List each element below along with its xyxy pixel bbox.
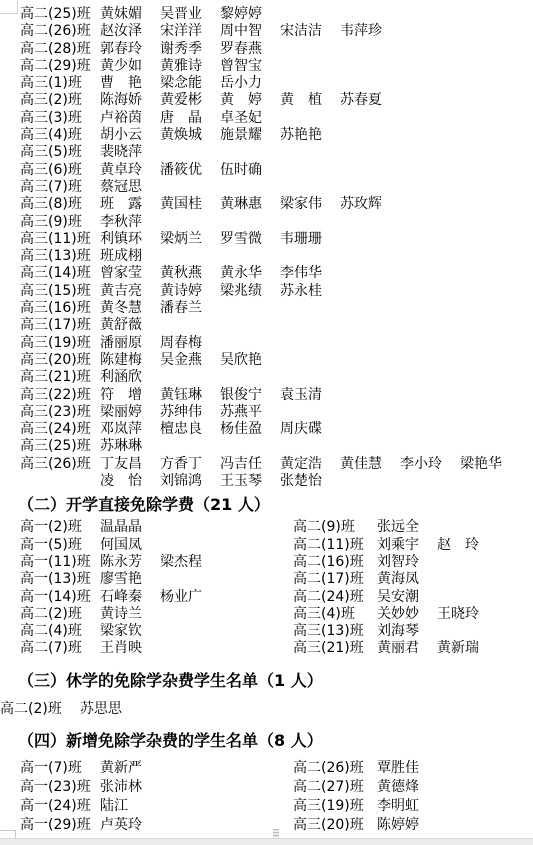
roster-list: 高二(25)班黄妹媚吴晋业黎婷婷高二(26)班赵汝泽宋洋洋周中智宋洁洁韦萍珍高二… xyxy=(0,0,533,490)
student-name: 杨业广 xyxy=(160,589,220,606)
student-names: 赵汝泽宋洋洋周中智宋洁洁韦萍珍 xyxy=(100,23,533,40)
document-edit-area[interactable]: 高二(25)班黄妹媚吴晋业黎婷婷高二(26)班赵汝泽宋洋洋周中智宋洁洁韦萍珍高二… xyxy=(0,0,533,845)
exemption-row: 高二(2)班黄诗兰高三(4)班关妙妙王晓玲 xyxy=(0,606,533,623)
exemption-row: 高二(4)班梁家钦高三(13)班刘海琴 xyxy=(0,623,533,640)
class-label: 高二(26)班 xyxy=(293,759,377,778)
student-name: 韦珊珊 xyxy=(280,231,340,248)
student-name: 谢秀季 xyxy=(160,41,220,58)
class-label: 高二(29)班 xyxy=(20,58,100,75)
student-names: 班 露黄国桂黄琳惠梁家伟苏玫辉 xyxy=(100,196,533,213)
student-names: 张沛林 xyxy=(100,778,293,797)
student-names: 利镇环梁炳兰罗雪微韦珊珊 xyxy=(100,231,533,248)
roster-row: 高三(1)班曹 艳梁念能岳小力 xyxy=(20,75,533,92)
student-name: 李明虹 xyxy=(377,797,437,816)
exemption-row: 高一(13)班廖雪艳高二(17)班黄海凤 xyxy=(0,571,533,588)
class-label: 高三(13)班 xyxy=(293,623,377,640)
student-name: 赵汝泽 xyxy=(100,23,160,40)
roster-row: 高三(11)班利镇环梁炳兰罗雪微韦珊珊 xyxy=(20,231,533,248)
class-label: 高二(27)班 xyxy=(293,778,377,797)
student-name: 韦萍珍 xyxy=(340,23,400,40)
roster-row: 高三(6)班黄卓玲潘筱优伍时确 xyxy=(20,162,533,179)
student-name: 黄冬慧 xyxy=(100,300,160,317)
student-names: 何国凤 xyxy=(100,537,293,554)
student-name: 吴晋业 xyxy=(160,6,220,23)
student-name: 梁丽婷 xyxy=(100,404,160,421)
student-name: 黄秋燕 xyxy=(160,265,220,282)
class-label: 高二(26)班 xyxy=(20,23,100,40)
student-name: 赵 玲 xyxy=(437,537,497,554)
student-name: 梁杰程 xyxy=(160,554,220,571)
student-name: 陈永芳 xyxy=(100,554,160,571)
student-name: 刘智玲 xyxy=(377,554,437,571)
student-names: 温晶晶 xyxy=(100,519,293,536)
student-name: 王玉琴 xyxy=(220,473,280,490)
class-label: 高三(22)班 xyxy=(20,387,100,404)
exemption-entry-left: 高一(23)班张沛林 xyxy=(20,778,293,797)
student-name: 罗雪微 xyxy=(220,231,280,248)
student-names: 张远全 xyxy=(377,519,533,536)
class-label: 高二(4)班 xyxy=(20,623,100,640)
class-label: 高二(17)班 xyxy=(293,571,377,588)
student-name: 施景耀 xyxy=(220,127,280,144)
student-names: 郭春玲谢秀季罗春燕 xyxy=(100,41,533,58)
roster-row: 高三(19)班潘丽原周春梅 xyxy=(20,335,533,352)
student-names: 廖雪艳 xyxy=(100,571,293,588)
student-names: 李明虹 xyxy=(377,797,533,816)
class-label: 高一(29)班 xyxy=(20,816,100,835)
student-name: 银俊宁 xyxy=(220,387,280,404)
exemption-entry-right: 高三(20)班陈婷婷 xyxy=(293,816,533,835)
student-name: 梁家伟 xyxy=(280,196,340,213)
student-name: 黄国桂 xyxy=(160,196,220,213)
roster-row: 高三(8)班班 露黄国桂黄琳惠梁家伟苏玫辉 xyxy=(20,196,533,213)
student-names: 吴安潮 xyxy=(377,589,533,606)
student-names: 班成栩 xyxy=(100,248,533,265)
student-name: 黄丽君 xyxy=(377,640,437,657)
student-names: 陈建梅吴金燕吴欣艳 xyxy=(100,352,533,369)
student-names: 刘智玲 xyxy=(377,554,533,571)
class-label: 高二(11)班 xyxy=(293,537,377,554)
class-label: 高二(24)班 xyxy=(293,589,377,606)
student-name: 黄爱彬 xyxy=(160,92,220,109)
student-name: 郭春玲 xyxy=(100,41,160,58)
student-name: 王晓玲 xyxy=(437,606,497,623)
student-name: 黄焕城 xyxy=(160,127,220,144)
student-name: 梁家钦 xyxy=(100,623,160,640)
roster-row: 高三(7)班蔡冠思 xyxy=(20,179,533,196)
class-label: 高三(24)班 xyxy=(20,421,100,438)
student-name: 方香丁 xyxy=(160,456,220,473)
exemption-row: 高一(23)班张沛林高二(27)班黄德烽 xyxy=(0,778,533,797)
exemption-entry-left: 高一(2)班温晶晶 xyxy=(20,519,293,536)
page-gap-strip xyxy=(0,838,533,845)
exemption-entry-right: 高三(19)班李明虹 xyxy=(293,797,533,816)
student-names: 陆江 xyxy=(100,797,293,816)
roster-row: 高二(26)班赵汝泽宋洋洋周中智宋洁洁韦萍珍 xyxy=(20,23,533,40)
student-name: 利镇环 xyxy=(100,231,160,248)
student-name: 蔡冠思 xyxy=(100,179,160,196)
exemption-row: 高一(7)班黄新严高二(26)班覃胜佳 xyxy=(0,759,533,778)
student-name: 卢裕茵 xyxy=(100,110,160,127)
student-name: 苏琳琳 xyxy=(100,438,160,455)
student-name: 黄海凤 xyxy=(377,571,437,588)
exemption-row: 高一(29)班卢英玲高三(20)班陈婷婷 xyxy=(0,816,533,835)
page-gap-grip-icon[interactable] xyxy=(273,829,279,838)
class-label: 高三(19)班 xyxy=(293,797,377,816)
roster-row: 高三(2)班陈海娇黄爱彬黄 婷黄 植苏春夏 xyxy=(20,92,533,109)
student-name: 梁艳华 xyxy=(460,456,520,473)
class-label: 高三(19)班 xyxy=(20,335,100,352)
student-name: 凌 怡 xyxy=(100,473,160,490)
class-label: 高三(4)班 xyxy=(293,606,377,623)
student-name: 苏春夏 xyxy=(340,92,400,109)
section-4-heading: （四）新增免除学杂费的学生名单（8 人） xyxy=(0,730,533,752)
exemption-row: 高一(2)班温晶晶高二(9)班张远全 xyxy=(0,519,533,536)
student-names: 曹 艳梁念能岳小力 xyxy=(100,75,533,92)
class-label: 高三(26)班 xyxy=(20,456,100,491)
class-label: 高三(8)班 xyxy=(20,196,100,213)
student-name: 黄永华 xyxy=(220,265,280,282)
student-name: 黄琳惠 xyxy=(220,196,280,213)
exemption-entry-left: 高一(24)班陆江 xyxy=(20,797,293,816)
roster-row: 高三(17)班黄舒薇 xyxy=(20,317,533,334)
student-names: 刘乘宇赵 玲 xyxy=(377,537,533,554)
roster-row: 高二(25)班黄妹媚吴晋业黎婷婷 xyxy=(20,6,533,23)
class-label: 高三(15)班 xyxy=(20,283,100,300)
section-2-list: 高一(2)班温晶晶高二(9)班张远全高一(5)班何国凤高二(11)班刘乘宇赵 玲… xyxy=(0,519,533,657)
student-names: 黄少如黄雅诗曾智宝 xyxy=(100,58,533,75)
roster-row: 高二(29)班黄少如黄雅诗曾智宝 xyxy=(20,58,533,75)
class-label: 高三(21)班 xyxy=(20,369,100,386)
roster-row: 高三(25)班苏琳琳 xyxy=(20,438,533,455)
student-name: 温晶晶 xyxy=(100,519,160,536)
text-boundary-corner-top xyxy=(0,0,18,14)
student-name: 廖雪艳 xyxy=(100,571,160,588)
class-label: 高三(17)班 xyxy=(20,317,100,334)
exemption-entry-right: 高二(9)班张远全 xyxy=(293,519,533,536)
student-name: 卢英玲 xyxy=(100,816,160,835)
exemption-entry-left: 高一(7)班黄新严 xyxy=(20,759,293,778)
student-name: 檀忠良 xyxy=(160,421,220,438)
student-name: 吴安潮 xyxy=(377,589,437,606)
section-4-list: 高一(7)班黄新严高二(26)班覃胜佳高一(23)班张沛林高二(27)班黄德烽高… xyxy=(0,759,533,835)
student-name: 苏永桂 xyxy=(280,283,340,300)
exemption-row: 高一(5)班何国凤高二(11)班刘乘宇赵 玲 xyxy=(0,537,533,554)
roster-row: 高三(14)班曾家莹黄秋燕黄永华李伟华 xyxy=(20,265,533,282)
student-name: 石峰秦 xyxy=(100,589,160,606)
class-label: 高一(5)班 xyxy=(20,537,100,554)
class-label: 高一(14)班 xyxy=(20,589,100,606)
student-name: 李秋萍 xyxy=(100,214,160,231)
student-name: 张远全 xyxy=(377,519,437,536)
student-names: 黄卓玲潘筱优伍时确 xyxy=(100,162,533,179)
student-names: 刘海琴 xyxy=(377,623,533,640)
exemption-entry-left: 高一(11)班陈永芳梁杰程 xyxy=(20,554,293,571)
class-label: 高三(11)班 xyxy=(20,231,100,248)
student-name: 邓岚萍 xyxy=(100,421,160,438)
roster-row: 高三(21)班利涵欣 xyxy=(20,369,533,386)
class-label: 高一(23)班 xyxy=(20,778,100,797)
student-names: 黄德烽 xyxy=(377,778,533,797)
exemption-row: 高一(24)班陆江高三(19)班李明虹 xyxy=(0,797,533,816)
student-names: 黄海凤 xyxy=(377,571,533,588)
class-label: 高二(16)班 xyxy=(293,554,377,571)
student-name: 黄佳慧 xyxy=(340,456,400,473)
student-names: 陈婷婷 xyxy=(377,816,533,835)
student-names: 黄诗兰 xyxy=(100,606,293,623)
student-name: 张沛林 xyxy=(100,778,160,797)
student-names: 李秋萍 xyxy=(100,214,533,231)
class-label: 高三(4)班 xyxy=(20,127,100,144)
roster-row: 高三(3)班卢裕茵唐 晶卓圣妃 xyxy=(20,110,533,127)
student-name: 陈婷婷 xyxy=(377,816,437,835)
exemption-entry-left: 高一(14)班石峰秦杨业广 xyxy=(20,589,293,606)
class-label: 高三(9)班 xyxy=(20,214,100,231)
roster-row: 高二(28)班郭春玲谢秀季罗春燕 xyxy=(20,41,533,58)
student-name: 岳小力 xyxy=(220,75,280,92)
student-names: 蔡冠思 xyxy=(100,179,533,196)
student-names: 梁家钦 xyxy=(100,623,293,640)
exemption-entry-right: 高二(11)班刘乘宇赵 玲 xyxy=(293,537,533,554)
student-names: 胡小云黄焕城施景耀苏艳艳 xyxy=(100,127,533,144)
class-label: 高二(7)班 xyxy=(20,640,100,657)
student-names: 石峰秦杨业广 xyxy=(100,589,293,606)
exemption-entry-right: 高二(24)班吴安潮 xyxy=(293,589,533,606)
student-names: 陈海娇黄爱彬黄 婷黄 植苏春夏 xyxy=(100,92,533,109)
exemption-entry-right: 高二(26)班覃胜佳 xyxy=(293,759,533,778)
student-names: 曾家莹黄秋燕黄永华李伟华 xyxy=(100,265,533,282)
class-label: 高三(20)班 xyxy=(293,816,377,835)
student-name: 宋洋洋 xyxy=(160,23,220,40)
student-name: 周春梅 xyxy=(160,335,220,352)
exemption-row: 高一(14)班石峰秦杨业广高二(24)班吴安潮 xyxy=(0,589,533,606)
class-label: 高三(21)班 xyxy=(293,640,377,657)
class-label: 高三(2)班 xyxy=(20,92,100,109)
roster-row: 高二(2)班苏思思 xyxy=(0,701,533,718)
class-label: 高三(7)班 xyxy=(20,179,100,196)
student-name: 黄 植 xyxy=(280,92,340,109)
exemption-entry-right: 高三(13)班刘海琴 xyxy=(293,623,533,640)
exemption-entry-left: 高二(2)班黄诗兰 xyxy=(20,606,293,623)
student-name: 班 露 xyxy=(100,196,160,213)
student-name: 吴金燕 xyxy=(160,352,220,369)
student-names: 黄舒薇 xyxy=(100,317,533,334)
roster-row: 高三(4)班胡小云黄焕城施景耀苏艳艳 xyxy=(20,127,533,144)
student-name: 黄德烽 xyxy=(377,778,437,797)
student-name: 黄卓玲 xyxy=(100,162,160,179)
roster-row: 高三(15)班黄吉亮黄诗婷梁兆绩苏永桂 xyxy=(20,283,533,300)
student-name: 陈建梅 xyxy=(100,352,160,369)
student-name: 利涵欣 xyxy=(100,369,160,386)
student-name: 唐 晶 xyxy=(160,110,220,127)
student-name: 陆江 xyxy=(100,797,160,816)
student-name: 班成栩 xyxy=(100,248,160,265)
student-name: 胡小云 xyxy=(100,127,160,144)
roster-row: 高三(22)班符 增黄钰琳银俊宁袁玉清 xyxy=(20,387,533,404)
roster-row: 高三(24)班邓岚萍檀忠良杨佳盈周庆碟 xyxy=(20,421,533,438)
student-names: 黄妹媚吴晋业黎婷婷 xyxy=(100,6,533,23)
student-name: 曾家莹 xyxy=(100,265,160,282)
class-label: 高二(9)班 xyxy=(293,519,377,536)
student-name: 张楚怡 xyxy=(280,473,340,490)
class-label: 高三(23)班 xyxy=(20,404,100,421)
section-3-heading: （三）休学的免除学杂费学生名单（1 人） xyxy=(0,670,533,692)
student-names: 黄丽君黄新瑞 xyxy=(377,640,533,657)
student-name: 冯吉任 xyxy=(220,456,280,473)
student-name: 裴晓萍 xyxy=(100,144,160,161)
student-names: 利涵欣 xyxy=(100,369,533,386)
student-name: 黎婷婷 xyxy=(220,6,280,23)
student-name: 袁玉清 xyxy=(280,387,340,404)
exemption-row: 高一(11)班陈永芳梁杰程高二(16)班刘智玲 xyxy=(0,554,533,571)
class-label: 高一(2)班 xyxy=(20,519,100,536)
student-name: 苏艳艳 xyxy=(280,127,340,144)
student-name: 黄新严 xyxy=(100,759,160,778)
exemption-entry-left: 高一(5)班何国凤 xyxy=(20,537,293,554)
roster-row: 高三(16)班黄冬慧潘春兰 xyxy=(20,300,533,317)
student-name: 杨佳盈 xyxy=(220,421,280,438)
class-label: 高三(14)班 xyxy=(20,265,100,282)
class-label: 高一(24)班 xyxy=(20,797,100,816)
exemption-entry-left: 高二(4)班梁家钦 xyxy=(20,623,293,640)
student-name: 梁炳兰 xyxy=(160,231,220,248)
section-2-heading: （二）开学直接免除学费（21 人） xyxy=(0,494,533,516)
student-name: 苏绅伟 xyxy=(160,404,220,421)
student-name: 周庆碟 xyxy=(280,421,340,438)
student-names: 苏思思 xyxy=(80,701,533,718)
student-names: 梁丽婷苏绅伟苏燕平 xyxy=(100,404,533,421)
student-name: 何国凤 xyxy=(100,537,160,554)
roster-row: 高三(26)班丁友昌方香丁冯吉任黄定浩黄佳慧李小玲梁艳华凌 怡刘锦鸿王玉琴张楚怡 xyxy=(20,456,533,491)
student-name: 潘筱优 xyxy=(160,162,220,179)
class-label: 高三(5)班 xyxy=(20,144,100,161)
student-name: 周中智 xyxy=(220,23,280,40)
student-name: 梁兆绩 xyxy=(220,283,280,300)
class-label: 高二(2)班 xyxy=(20,606,100,623)
student-name: 苏玫辉 xyxy=(340,196,400,213)
roster-row: 高三(23)班梁丽婷苏绅伟苏燕平 xyxy=(20,404,533,421)
class-label: 高三(25)班 xyxy=(20,438,100,455)
student-names: 黄吉亮黄诗婷梁兆绩苏永桂 xyxy=(100,283,533,300)
student-name: 梁念能 xyxy=(160,75,220,92)
student-name: 刘海琴 xyxy=(377,623,437,640)
roster-row: 高三(5)班裴晓萍 xyxy=(20,144,533,161)
student-names: 关妙妙王晓玲 xyxy=(377,606,533,623)
exemption-entry-right: 高三(4)班关妙妙王晓玲 xyxy=(293,606,533,623)
student-name: 黄舒薇 xyxy=(100,317,160,334)
roster-row: 高三(13)班班成栩 xyxy=(20,248,533,265)
roster-row: 高三(20)班陈建梅吴金燕吴欣艳 xyxy=(20,352,533,369)
student-name: 覃胜佳 xyxy=(377,759,437,778)
student-name: 黄诗兰 xyxy=(100,606,160,623)
exemption-row: 高二(7)班王肖映高三(21)班黄丽君黄新瑞 xyxy=(0,640,533,657)
student-name: 黄定浩 xyxy=(280,456,340,473)
exemption-entry-right: 高二(27)班黄德烽 xyxy=(293,778,533,797)
student-name: 关妙妙 xyxy=(377,606,437,623)
class-label: 高一(11)班 xyxy=(20,554,100,571)
student-names: 苏琳琳 xyxy=(100,438,533,455)
student-names: 符 增黄钰琳银俊宁袁玉清 xyxy=(100,387,533,404)
class-label: 高三(3)班 xyxy=(20,110,100,127)
student-name: 李小玲 xyxy=(400,456,460,473)
student-names: 丁友昌方香丁冯吉任黄定浩黄佳慧李小玲梁艳华凌 怡刘锦鸿王玉琴张楚怡 xyxy=(100,456,533,491)
student-names: 裴晓萍 xyxy=(100,144,533,161)
student-name: 黄 婷 xyxy=(220,92,280,109)
student-name: 曹 艳 xyxy=(100,75,160,92)
student-names: 陈永芳梁杰程 xyxy=(100,554,293,571)
class-label: 高三(6)班 xyxy=(20,162,100,179)
student-name: 苏思思 xyxy=(80,701,140,718)
exemption-entry-left: 高一(13)班廖雪艳 xyxy=(20,571,293,588)
student-name: 符 增 xyxy=(100,387,160,404)
student-name: 黄妹媚 xyxy=(100,6,160,23)
class-label: 高一(13)班 xyxy=(20,571,100,588)
student-names: 王肖映 xyxy=(100,640,293,657)
roster-row: 高三(9)班李秋萍 xyxy=(20,214,533,231)
class-label: 高二(25)班 xyxy=(20,6,100,23)
section-3-list: 高二(2)班苏思思 xyxy=(0,701,533,718)
class-label: 高一(7)班 xyxy=(20,759,100,778)
student-name: 伍时确 xyxy=(220,162,280,179)
class-label: 高三(13)班 xyxy=(20,248,100,265)
student-names: 邓岚萍檀忠良杨佳盈周庆碟 xyxy=(100,421,533,438)
exemption-entry-left: 高二(7)班王肖映 xyxy=(20,640,293,657)
student-name: 苏燕平 xyxy=(220,404,280,421)
student-name: 刘乘宇 xyxy=(377,537,437,554)
student-name: 宋洁洁 xyxy=(280,23,340,40)
student-names: 潘丽原周春梅 xyxy=(100,335,533,352)
student-name: 黄雅诗 xyxy=(160,58,220,75)
student-name: 曾智宝 xyxy=(220,58,280,75)
student-names: 黄冬慧潘春兰 xyxy=(100,300,533,317)
student-name: 潘春兰 xyxy=(160,300,220,317)
exemption-entry-left: 高一(29)班卢英玲 xyxy=(20,816,293,835)
student-name: 黄新瑞 xyxy=(437,640,497,657)
student-names: 卢裕茵唐 晶卓圣妃 xyxy=(100,110,533,127)
student-names: 覃胜佳 xyxy=(377,759,533,778)
student-name: 李伟华 xyxy=(280,265,340,282)
student-names: 卢英玲 xyxy=(100,816,293,835)
student-name: 黄少如 xyxy=(100,58,160,75)
exemption-entry-right: 高三(21)班黄丽君黄新瑞 xyxy=(293,640,533,657)
class-label: 高三(20)班 xyxy=(20,352,100,369)
class-label: 高二(2)班 xyxy=(0,701,80,718)
student-name: 刘锦鸿 xyxy=(160,473,220,490)
student-name: 黄钰琳 xyxy=(160,387,220,404)
student-name: 罗春燕 xyxy=(220,41,280,58)
student-name: 卓圣妃 xyxy=(220,110,280,127)
exemption-entry-right: 高二(17)班黄海凤 xyxy=(293,571,533,588)
exemption-entry-right: 高二(16)班刘智玲 xyxy=(293,554,533,571)
class-label: 高三(1)班 xyxy=(20,75,100,92)
student-name: 黄诗婷 xyxy=(160,283,220,300)
class-label: 高三(16)班 xyxy=(20,300,100,317)
student-name: 潘丽原 xyxy=(100,335,160,352)
student-name: 吴欣艳 xyxy=(220,352,280,369)
student-name: 丁友昌 xyxy=(100,456,160,473)
student-name: 黄吉亮 xyxy=(100,283,160,300)
class-label: 高二(28)班 xyxy=(20,41,100,58)
student-names: 黄新严 xyxy=(100,759,293,778)
student-name: 陈海娇 xyxy=(100,92,160,109)
student-name: 王肖映 xyxy=(100,640,160,657)
